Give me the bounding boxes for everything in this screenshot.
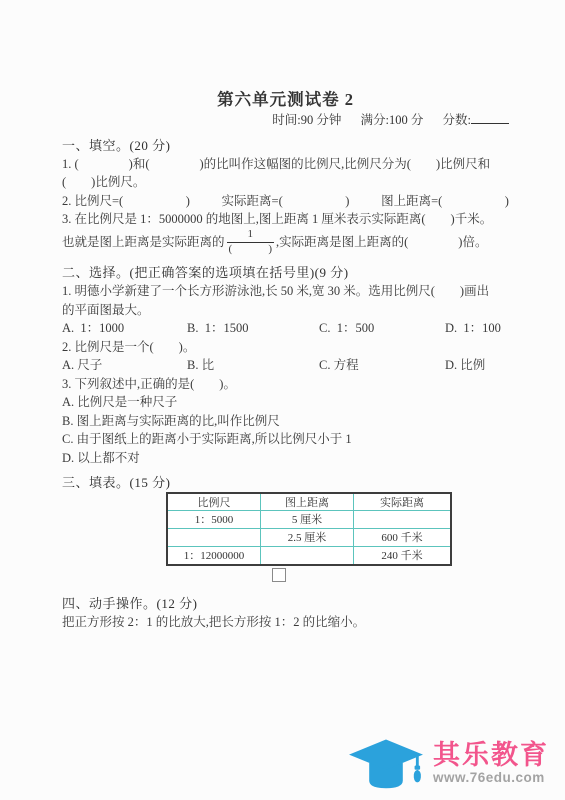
cell-actual-distance xyxy=(354,510,452,528)
s1-q3-line1: 3. 在比例尺是 1：5000000 的地图上,图上距离 1 厘米表示实际距离(… xyxy=(62,209,509,228)
test-paper-page: 第六单元测试卷 2 时间:90 分钟 满分:100 分 分数: 一、填空。(20… xyxy=(0,0,565,800)
page-title: 第六单元测试卷 2 xyxy=(62,86,509,106)
site-logo: 其乐教育 www.76edu.com xyxy=(344,732,549,794)
fraction-denominator-open-paren: ( xyxy=(229,243,233,255)
site-url: www.76edu.com xyxy=(433,770,545,785)
s1-q2-scale: 2. 比例尺=( ) xyxy=(62,191,190,209)
table-row: 1：5000 5 厘米 xyxy=(167,510,451,528)
s1-q2-line: 2. 比例尺=( ) 实际距离=( ) 图上距离=( ) xyxy=(62,191,509,210)
section4-heading: 四、动手操作。(12 分) xyxy=(62,594,509,613)
column-header-map-distance: 图上距离 xyxy=(261,493,354,511)
option-c: C. 1：500 xyxy=(319,318,445,336)
brand-name: 其乐教育 xyxy=(433,741,549,770)
s1-q1-line2: ( )比例尺。 xyxy=(62,172,509,191)
column-header-scale: 比例尺 xyxy=(167,493,261,511)
cell-scale: 1：5000 xyxy=(167,510,261,528)
fraction-denominator: ( ) xyxy=(227,243,275,255)
s2-q3-option-d: D. 以上都不对 xyxy=(62,448,509,467)
graduation-cap-icon xyxy=(344,732,428,794)
section1-heading: 一、填空。(20 分) xyxy=(62,135,509,154)
paper-content: 第六单元测试卷 2 时间:90 分钟 满分:100 分 分数: 一、填空。(20… xyxy=(62,86,509,631)
s2-q1-line1: 1. 明德小学新建了一个长方形游泳池,长 50 米,宽 30 米。选用比例尺( … xyxy=(62,281,509,300)
exam-time: 时间:90 分钟 xyxy=(272,113,341,127)
cell-map-distance xyxy=(261,546,354,565)
option-c: C. 方程 xyxy=(319,355,445,373)
s4-instruction: 把正方形按 2：1 的比放大,把长方形按 1：2 的比缩小。 xyxy=(62,612,509,631)
s1-q3-post-text: ,实际距离是图上距离的( )倍。 xyxy=(276,232,487,250)
option-a: A. 尺子 xyxy=(62,355,187,373)
s2-q2-line: 2. 比例尺是一个( )。 xyxy=(62,337,509,356)
s1-q3-pre-text: 也就是图上距离是实际距离的 xyxy=(62,232,225,250)
fraction-one-over-blank: 1 ( ) xyxy=(227,228,275,255)
cell-actual-distance: 600 千米 xyxy=(354,528,452,546)
s2-q1-line2: 的平面图最大。 xyxy=(62,300,509,319)
s1-q2-map: 图上距离=( ) xyxy=(381,191,509,209)
section2-heading: 二、选择。(把正确答案的选项填在括号里)(9 分) xyxy=(62,263,509,282)
small-square-marker xyxy=(272,568,286,582)
s2-q3-line: 3. 下列叙述中,正确的是( )。 xyxy=(62,374,509,393)
s1-q3-line2: 也就是图上距离是实际距离的 1 ( ) ,实际距离是图上距离的( )倍。 xyxy=(62,228,509,255)
s1-q1-line1: 1. ( )和( )的比叫作这幅图的比例尺,比例尺分为( )比例尺和 xyxy=(62,154,509,173)
cell-actual-distance: 240 千米 xyxy=(354,546,452,565)
score-blank-line xyxy=(471,112,509,124)
s2-q3-option-a: A. 比例尺是一种尺子 xyxy=(62,392,509,411)
cell-scale xyxy=(167,528,261,546)
table-row: 2.5 厘米 600 千米 xyxy=(167,528,451,546)
s2-q1-options: A. 1：1000 B. 1：1500 C. 1：500 D. 1：100 xyxy=(62,318,509,337)
fraction-denominator-close-paren: ) xyxy=(268,243,272,255)
fraction-numerator: 1 xyxy=(227,228,275,243)
section3-heading: 三、填表。(15 分) xyxy=(62,472,509,491)
cell-scale: 1：12000000 xyxy=(167,546,261,565)
exam-info-line: 时间:90 分钟 满分:100 分 分数: xyxy=(62,110,509,128)
cell-map-distance: 2.5 厘米 xyxy=(261,528,354,546)
exam-full-score: 满分:100 分 xyxy=(361,113,424,127)
table-header-row: 比例尺 图上距离 实际距离 xyxy=(167,493,451,511)
option-d: D. 1：100 xyxy=(445,318,509,336)
option-b: B. 比 xyxy=(187,355,319,373)
table-row: 1：12000000 240 千米 xyxy=(167,546,451,565)
score-label: 分数: xyxy=(443,113,471,127)
option-d: D. 比例 xyxy=(445,355,509,373)
cell-map-distance: 5 厘米 xyxy=(261,510,354,528)
logo-text-block: 其乐教育 www.76edu.com xyxy=(433,741,549,785)
option-b: B. 1：1500 xyxy=(187,318,319,336)
option-a: A. 1：1000 xyxy=(62,318,187,336)
s2-q2-options: A. 尺子 B. 比 C. 方程 D. 比例 xyxy=(62,355,509,374)
column-header-actual-distance: 实际距离 xyxy=(354,493,452,511)
s1-q2-actual: 实际距离=( ) xyxy=(222,191,350,209)
s2-q3-option-c: C. 由于图纸上的距离小于实际距离,所以比例尺小于 1 xyxy=(62,429,509,448)
s2-q3-option-b: B. 图上距离与实际距离的比,叫作比例尺 xyxy=(62,411,509,430)
scale-fill-table: 比例尺 图上距离 实际距离 1：5000 5 厘米 2.5 厘米 600 千米 xyxy=(166,492,452,566)
